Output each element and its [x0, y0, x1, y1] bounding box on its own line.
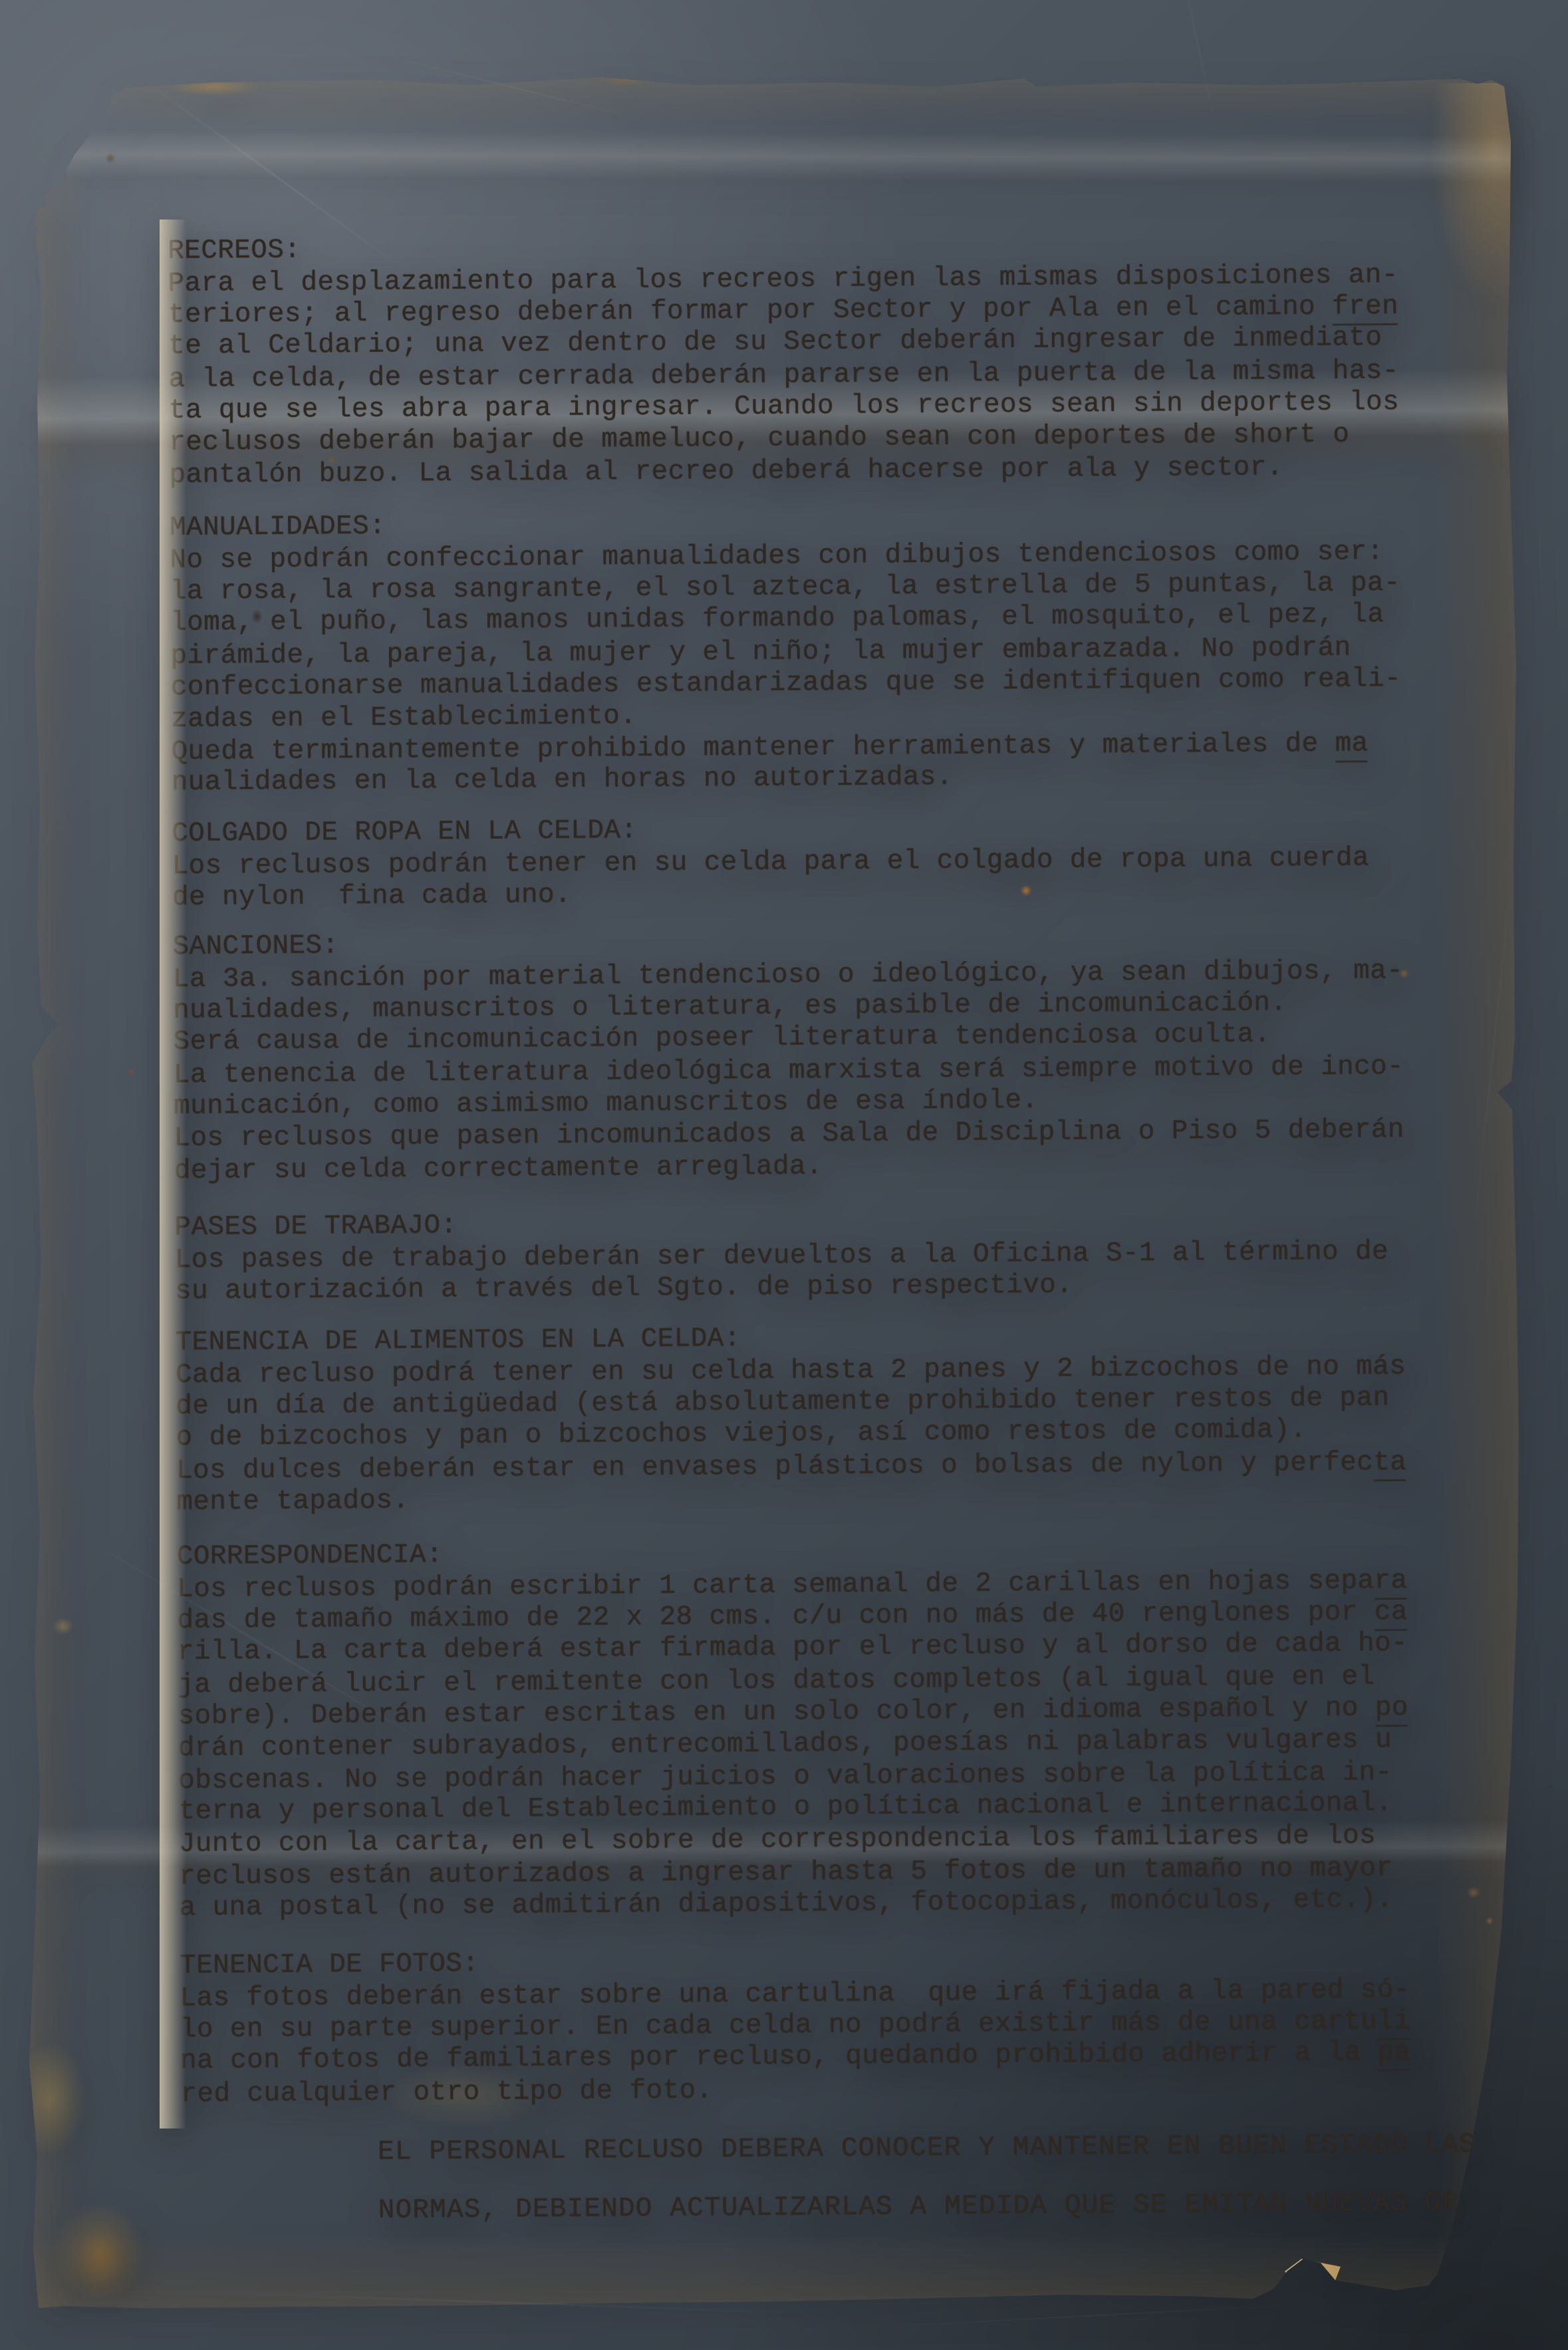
section: COLGADO DE ROPA EN LA CELDA:Los reclusos…: [172, 809, 1369, 914]
typewritten-text: EL PERSONAL RECLUSO DEBERA CONOCER Y MAN…: [166, 0, 1459, 2350]
document-paper: EL PERSONAL RECLUSO DEBERA CONOCER Y MAN…: [0, 0, 1568, 2350]
closing-line: NORMAS, DEBIENDO ACTUALIZARLAS A MEDIDA …: [378, 2186, 1563, 2226]
paper-sheet: EL PERSONAL RECLUSO DEBERA CONOCER Y MAN…: [0, 0, 1568, 2350]
text-line: red cualquier otro tipo de foto.: [180, 2070, 1411, 2111]
section: CORRESPONDENCIA:Los reclusos podrán escr…: [177, 1533, 1410, 1924]
stain: [128, 1068, 135, 1076]
section: PASES DE TRABAJO:Los pases de trabajo de…: [174, 1203, 1388, 1308]
stain: [13, 2042, 86, 2155]
section: TENENCIA DE ALIMENTOS EN LA CELDA:Cada r…: [175, 1318, 1406, 1519]
closing-line: EL PERSONAL RECLUSO DEBERA CONOCER Y MAN…: [378, 2127, 1568, 2168]
section: SANCIONES:La 3a. sanción por material te…: [172, 923, 1404, 1187]
stain: [53, 1618, 73, 1635]
section: MANUALIDADES:No se podrán confeccionar m…: [170, 504, 1402, 800]
paper-shading: [27, 80, 80, 2308]
photo-stage: EL PERSONAL RECLUSO DEBERA CONOCER Y MAN…: [0, 0, 1568, 2350]
stain: [77, 2232, 124, 2288]
stain: [105, 153, 116, 164]
stain: [1486, 1917, 1494, 1925]
stain: [53, 2202, 146, 2301]
section: TENENCIA DE FOTOS:Las fotos deberán esta…: [180, 1942, 1411, 2110]
stain: [1467, 1886, 1480, 1898]
section: RECREOS:Para el desplazamiento para los …: [168, 227, 1400, 491]
